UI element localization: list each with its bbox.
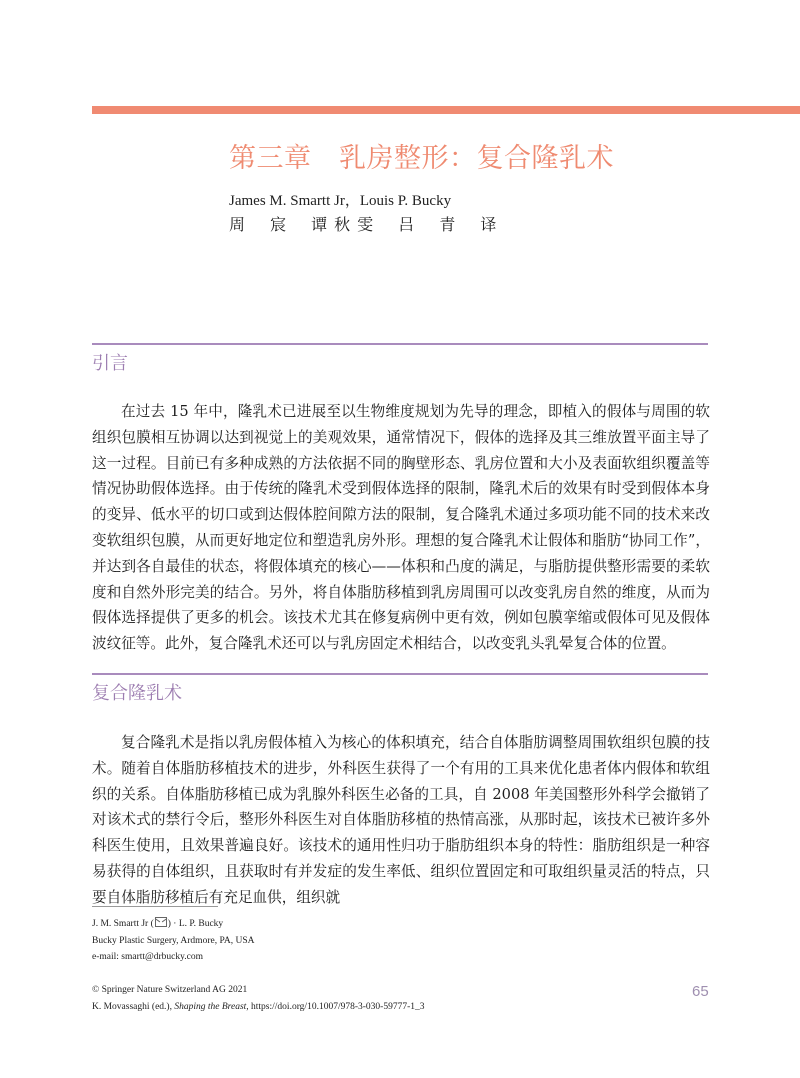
paragraph: 复合隆乳术是指以乳房假体植入为核心的体积填充，结合自体脂肪调整周围软组织包膜的技… [92,730,710,911]
section-rule-composite [92,673,708,675]
footnote: J. M. Smartt Jr () · L. P. Bucky Bucky P… [92,916,254,966]
chapter-title: 第三章 乳房整形：复合隆乳术 [229,136,614,175]
footnote-email[interactable]: e-mail: smartt@drbucky.com [92,949,254,966]
paragraph: 在过去 15 年中，隆乳术已进展至以生物维度规划为先导的理念，即植入的假体与周围… [92,399,710,657]
authors: James M. Smartt Jr，Louis P. Bucky [229,189,451,210]
citation-prefix: K. Movassaghi (ed.), [92,1002,174,1012]
section-body-intro: 在过去 15 年中，隆乳术已进展至以生物维度规划为先导的理念，即植入的假体与周围… [92,399,710,657]
citation: K. Movassaghi (ed.), Shaping the Breast,… [92,999,425,1016]
top-accent-rule [92,106,800,114]
section-body-composite: 复合隆乳术是指以乳房假体植入为核心的体积填充，结合自体脂肪调整周围软组织包膜的技… [92,730,710,911]
section-rule-intro [92,343,708,345]
citation-doi[interactable]: , https://doi.org/10.1007/978-3-030-5977… [246,1002,424,1012]
page-number: 65 [692,983,709,1000]
section-title-intro: 引言 [92,349,128,375]
citation-book-title: Shaping the Breast [174,1002,246,1012]
footnote-authors-suffix: ) · L. P. Bucky [168,919,223,929]
footnote-authors-prefix: J. M. Smartt Jr ( [92,919,154,929]
envelope-icon[interactable] [155,917,167,927]
bottom-info: © Springer Nature Switzerland AG 2021 K.… [92,982,425,1016]
copyright: © Springer Nature Switzerland AG 2021 [92,982,425,999]
translators: 周 宸 谭秋雯 吕 青 译 [229,212,503,235]
section-title-composite: 复合隆乳术 [92,679,182,705]
footnote-affiliation: Bucky Plastic Surgery, Ardmore, PA, USA [92,933,254,950]
footnote-rule [92,906,218,907]
footnote-authors: J. M. Smartt Jr () · L. P. Bucky [92,916,254,933]
